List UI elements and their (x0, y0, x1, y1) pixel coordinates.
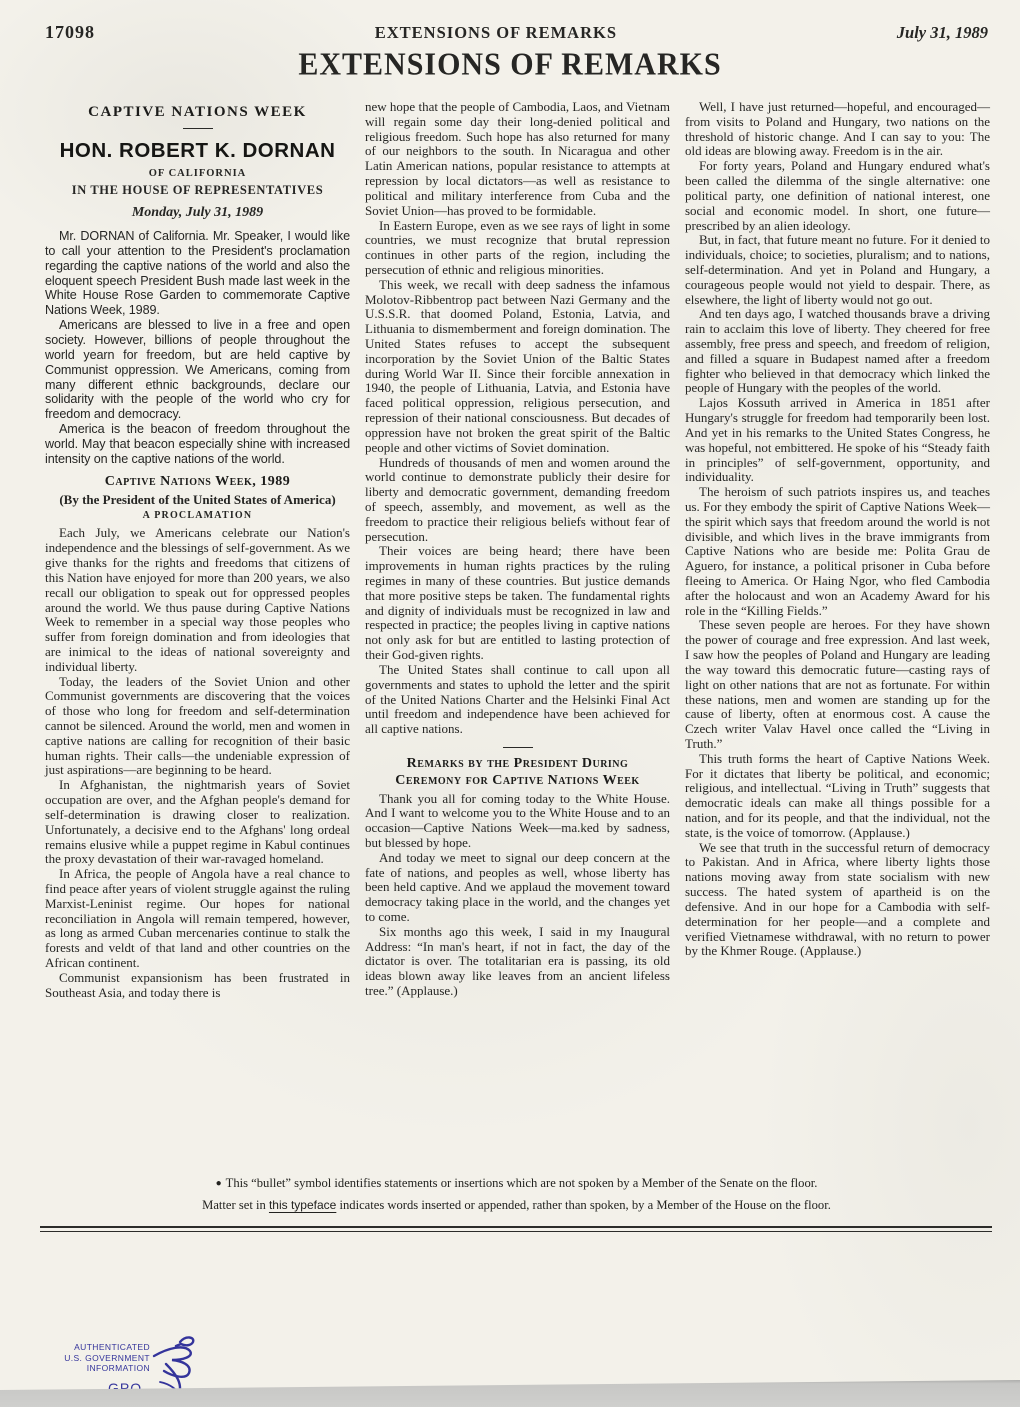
paragraph: But, in fact, that future meant no futur… (685, 233, 990, 307)
inserted-text-paragraph: Americans are blessed to live in a free … (45, 318, 350, 422)
page-title: EXTENSIONS OF REMARKS (0, 47, 1020, 82)
paragraph: Today, the leaders of the Soviet Union a… (45, 675, 350, 779)
column-right: Well, I have just returned—hopeful, and … (685, 100, 990, 1000)
paragraph: This truth forms the heart of Captive Na… (685, 752, 990, 841)
paragraph: This week, we recall with deep sadness t… (365, 278, 670, 456)
section-heading: Captive Nations Week, 1989 (58, 474, 338, 491)
paragraph: In Eastern Europe, even as we see rays o… (365, 219, 670, 278)
article-chamber: IN THE HOUSE OF REPRESENTATIVES (45, 183, 350, 198)
inserted-text-paragraph: Mr. DORNAN of California. Mr. Speaker, I… (45, 229, 350, 318)
paragraph: The heroism of such patriots inspires us… (685, 485, 990, 618)
paragraph: Six months ago this week, I said in my I… (365, 925, 670, 999)
paragraph: And ten days ago, I watched thousands br… (685, 307, 990, 396)
footer-double-rule (40, 1226, 992, 1232)
paragraph: Lajos Kossuth arrived in America in 1851… (685, 396, 990, 485)
inserted-text-paragraph: America is the beacon of freedom through… (45, 422, 350, 467)
gpo-seal-line2: U.S. GOVERNMENT (58, 1353, 150, 1364)
paragraph: These seven people are heroes. For they … (685, 618, 990, 751)
footer-bullet-note-text: This “bullet” symbol identifies statemen… (226, 1176, 818, 1190)
column-middle: new hope that the people of Cambodia, La… (365, 100, 670, 1000)
column-middle-text: new hope that the people of Cambodia, La… (365, 100, 670, 999)
gpo-seal-line1: AUTHENTICATED (58, 1342, 150, 1353)
paragraph: new hope that the people of Cambodia, La… (365, 100, 670, 219)
footer-typeface-sample: this typeface (269, 1198, 336, 1212)
paragraph: And today we meet to signal our deep con… (365, 851, 670, 925)
footer-typeface-note-prefix: Matter set in (202, 1198, 269, 1212)
paragraph: Their voices are being heard; there have… (365, 544, 670, 663)
article-state: OF CALIFORNIA (45, 168, 350, 179)
column-left-text: Mr. DORNAN of California. Mr. Speaker, I… (45, 229, 350, 1000)
paragraph: For forty years, Poland and Hungary endu… (685, 159, 990, 233)
paragraph: Thank you all for coming today to the Wh… (365, 792, 670, 851)
paragraph: In Afghanistan, the nightmarish years of… (45, 778, 350, 867)
byline-heading: (By the President of the United States o… (45, 493, 350, 508)
article-header: CAPTIVE NATIONS WEEK HON. ROBERT K. DORN… (45, 104, 350, 221)
gpo-seal-text: AUTHENTICATED U.S. GOVERNMENT INFORMATIO… (58, 1342, 150, 1374)
paragraph: We see that truth in the successful retu… (685, 841, 990, 960)
running-head-date: July 31, 1989 (897, 23, 988, 43)
gpo-seal-line3: INFORMATION (58, 1363, 150, 1374)
footer-bullet-note: ●This “bullet” symbol identifies stateme… (45, 1176, 988, 1191)
running-head: 17098 EXTENSIONS OF REMARKS July 31, 198… (45, 22, 988, 43)
paragraph: In Africa, the people of Angola have a r… (45, 867, 350, 971)
article-author: HON. ROBERT K. DORNAN (45, 139, 350, 163)
running-head-title: EXTENSIONS OF REMARKS (95, 23, 897, 43)
footer-note: ●This “bullet” symbol identifies stateme… (45, 1176, 988, 1213)
section-heading: Remarks by the President During Ceremony… (378, 756, 658, 790)
column-left: CAPTIVE NATIONS WEEK HON. ROBERT K. DORN… (45, 100, 350, 1000)
paragraph: The United States shall continue to call… (365, 663, 670, 737)
congressional-record-page: 17098 EXTENSIONS OF REMARKS July 31, 198… (0, 0, 1020, 1407)
article-dateline: Monday, July 31, 1989 (45, 205, 350, 221)
paragraph: Well, I have just returned—hopeful, and … (685, 100, 990, 159)
paragraph: Hundreds of thousands of men and women a… (365, 456, 670, 545)
bullet-icon: ● (216, 1178, 222, 1189)
section-divider (503, 747, 533, 748)
article-body: CAPTIVE NATIONS WEEK HON. ROBERT K. DORN… (45, 100, 991, 1000)
paragraph: Communist expansionism has been frustrat… (45, 971, 350, 1001)
kicker-divider (183, 128, 213, 129)
proclamation-heading: A PROCLAMATION (45, 510, 350, 521)
paragraph: Each July, we Americans celebrate our Na… (45, 526, 350, 674)
article-kicker: CAPTIVE NATIONS WEEK (45, 104, 350, 121)
page-number: 17098 (45, 22, 95, 43)
column-right-text: Well, I have just returned—hopeful, and … (685, 100, 990, 959)
footer-typeface-note: Matter set in this typeface indicates wo… (45, 1198, 988, 1213)
footer-typeface-note-suffix: indicates words inserted or appended, ra… (336, 1198, 831, 1212)
